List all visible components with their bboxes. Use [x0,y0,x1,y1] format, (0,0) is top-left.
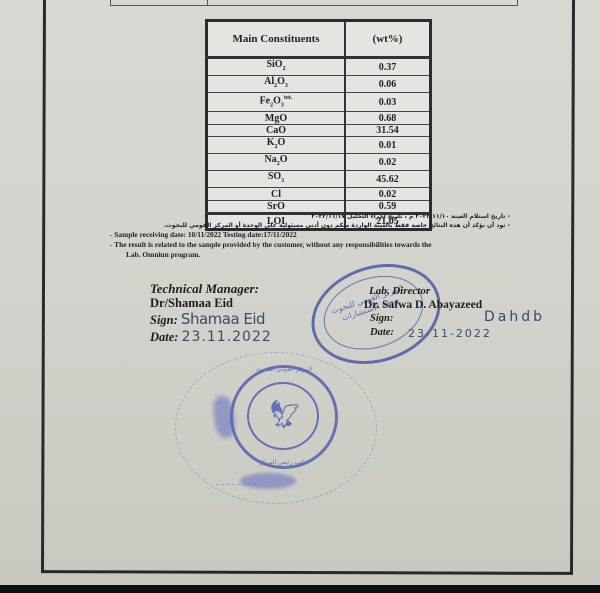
value-cell: 45.62 [345,171,431,188]
sign-label: Sign: [150,313,178,327]
header-constituents: Main Constituents [207,21,346,58]
constituent-cell: SiO2 [207,58,346,76]
technical-manager-title: Technical Manager: [150,281,272,296]
constituent-cell: Cl [207,188,346,201]
stamp-bottom-text: مكتب رئيس المركز [233,459,335,466]
stamp-top-text: المركز القومي للبحوث [233,366,335,373]
value-cell: 31.54 [345,124,431,137]
table-row: MgO0.68 [207,112,431,125]
value-cell: 0.01 [345,137,431,154]
constituent-cell: Na2O [207,154,346,171]
constituent-cell: Fe2O3tot. [207,93,346,112]
date-label: Date: [150,330,178,344]
eagle-emblem-icon: 🦅︎ [267,398,299,434]
handwritten-signature: Shamaa Eid [181,310,265,328]
table-row: SO345.62 [207,171,431,188]
header-wt: (wt%) [345,21,431,58]
sign-label: Sign: [364,312,482,326]
table-row: K2O0.01 [207,137,431,154]
handwritten-date: 23-11-2022 [408,327,492,340]
table-row: Cl0.02 [207,188,431,201]
notes-section: - تاريخ استلام العينة ٢٠٢٢/١١/١٠ م ، تار… [110,212,510,260]
constituent-cell: SO3 [207,171,346,188]
table-row: SiO20.37 [207,58,431,76]
sample-dates-note: - Sample receiving date: 10/11/2022 Test… [110,230,510,240]
table-row: Fe2O3tot.0.03 [207,93,431,112]
table-row: Al2O30.06 [207,76,431,93]
lab-director-title: Lab. Director [364,285,482,298]
value-cell: 0.02 [345,188,431,201]
technical-manager-name: Dr/Shamaa Eid [150,296,272,311]
disclaimer-note-line1: - The result is related to the sample pr… [110,240,510,250]
value-cell: 0.06 [345,76,431,93]
constituent-cell: MgO [207,112,346,125]
constituent-cell: K2O [207,137,346,154]
ink-trace [216,484,256,491]
arabic-disclaimer-note: - نود أن نؤكد أن هذه النتائج خاصة فقط با… [110,221,510,230]
photo-edge [0,585,600,593]
table-row: CaO31.54 [207,124,431,137]
document-page: ... Spectrometer, PANalytical 2005 Main … [0,0,600,593]
constituent-cell: Al2O3 [207,76,346,93]
results-table: Main Constituents (wt%) SiO20.37Al2O30.0… [205,19,432,231]
value-cell: 0.37 [345,58,431,76]
lab-director-name: Dr. Safwa D. Abayazeed [364,298,482,312]
lab-director-block: Lab. Director Dr. Safwa D. Abayazeed Sig… [364,285,482,340]
value-cell: 0.03 [345,93,431,112]
handwritten-signature: Dahdb [484,309,545,325]
handwritten-date: 23.11.2022 [182,329,272,345]
value-cell: 0.02 [345,154,431,171]
value-cell: 0.68 [345,112,431,125]
table-row: Na2O0.02 [207,154,431,171]
round-official-stamp: المركز القومي للبحوث 🦅︎ مكتب رئيس المركز [230,365,338,469]
disclaimer-note-line2: Lab. Omniun program. [110,250,510,260]
previous-table-fragment: ... Spectrometer, PANalytical 2005 [110,0,518,6]
constituent-cell: CaO [207,124,346,137]
arabic-dates-note: - تاريخ استلام العينة ٢٠٢٢/١١/١٠ م ، تار… [110,212,510,221]
results-body: SiO20.37Al2O30.06Fe2O3tot.0.03MgO0.68CaO… [207,58,431,230]
technical-manager-block: Technical Manager: Dr/Shamaa Eid Sign: S… [150,281,272,346]
